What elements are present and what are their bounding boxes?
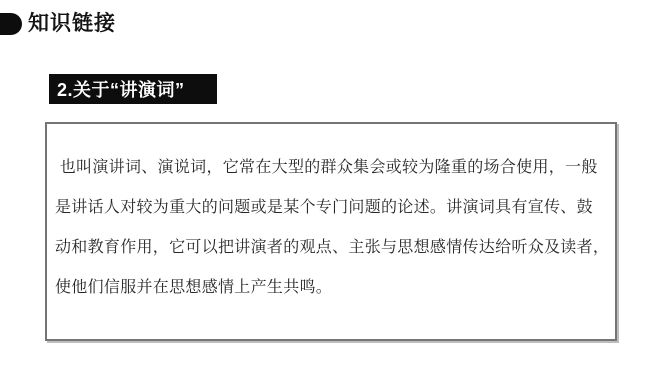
page-title: 知识链接 xyxy=(28,11,116,37)
body-text-line: 是讲话人对较为重大的问题或是某个专门问题的论述。讲演词具有宣传、鼓 xyxy=(55,188,609,228)
header-accent-shape xyxy=(0,13,22,35)
slide-canvas: 知识链接 2.关于“讲演词” 也叫演讲词、演说词，它常在大型的群众集会或较为隆重… xyxy=(0,0,668,376)
content-box: 也叫演讲词、演说词，它常在大型的群众集会或较为隆重的场合使用，一般 是讲话人对较… xyxy=(45,122,617,341)
body-text-line: 使他们信服并在思想感情上产生共鸣。 xyxy=(55,268,609,308)
body-text-line: 动和教育作用，它可以把讲演者的观点、主张与思想感情传达给听众及读者， xyxy=(55,228,609,268)
section-title: 2.关于“讲演词” xyxy=(57,76,185,102)
section-title-bar: 2.关于“讲演词” xyxy=(49,74,217,104)
body-text-line: 也叫演讲词、演说词，它常在大型的群众集会或较为隆重的场合使用，一般 xyxy=(55,148,609,188)
